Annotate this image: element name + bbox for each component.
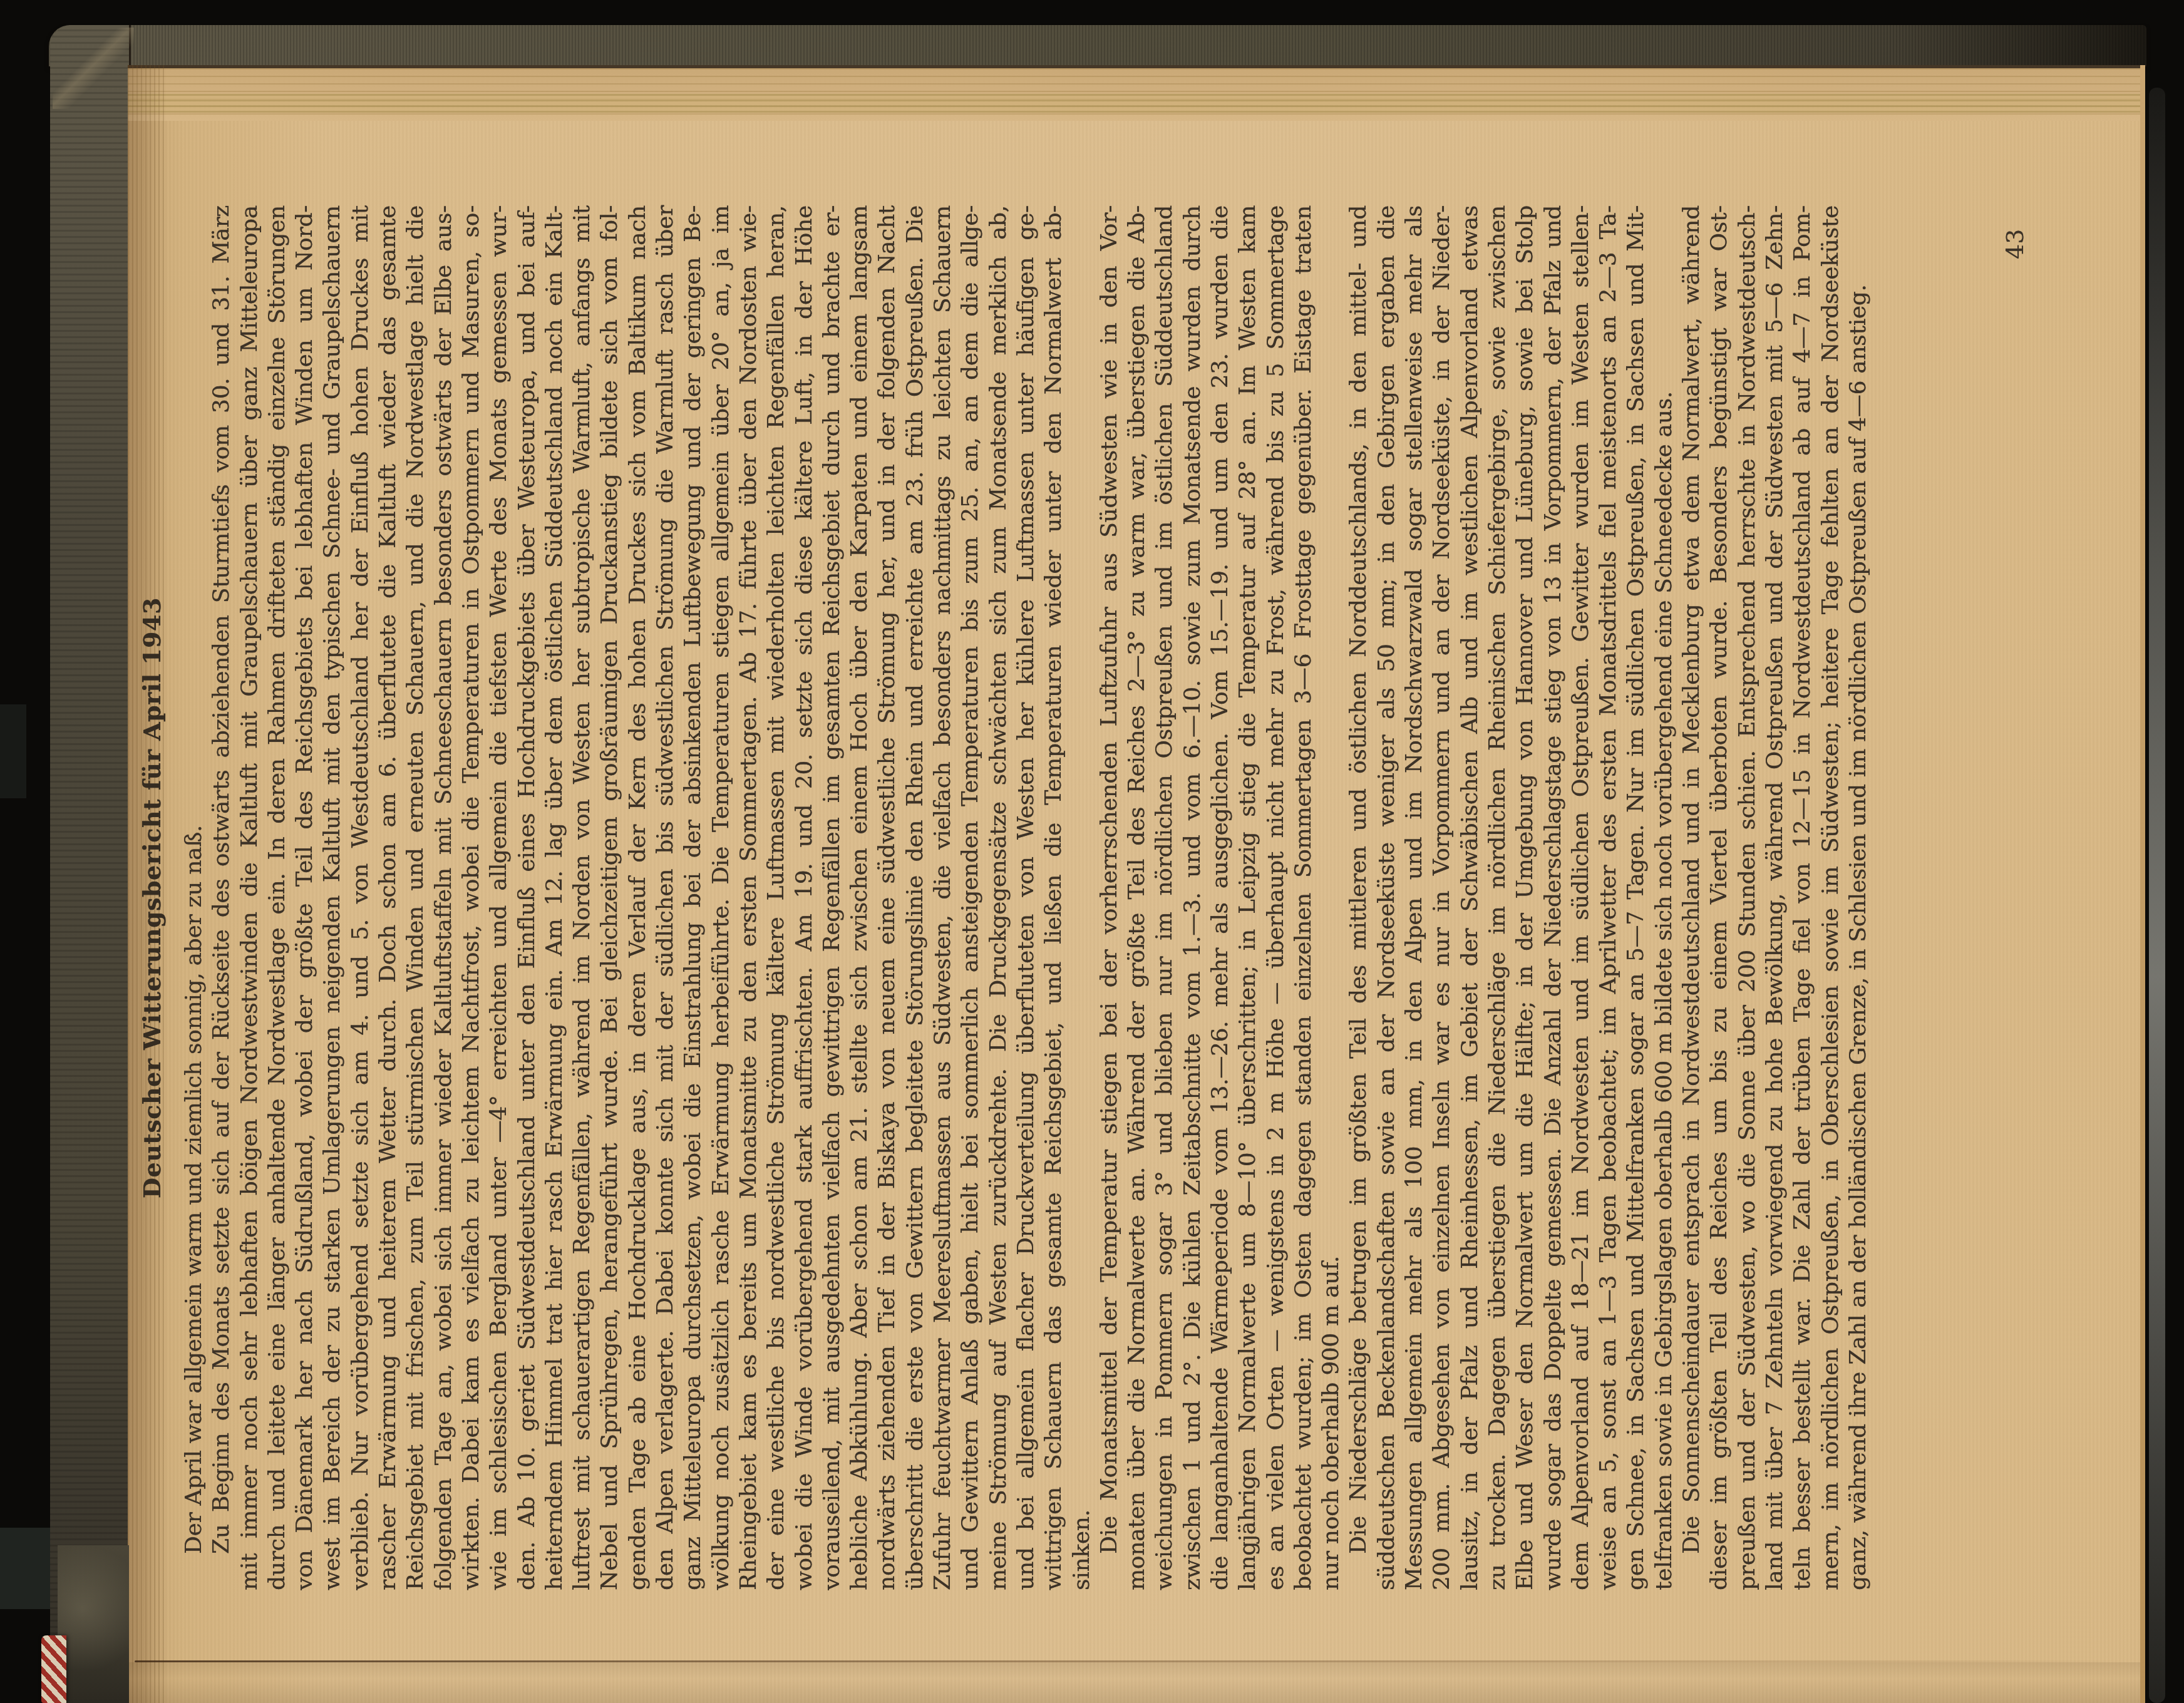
text-line: Die Niederschläge betrugen im größten Te… [1345,205,1373,1590]
text-line: süddeutschen Beckenlandschaften sowie an… [1373,205,1401,1590]
text-line: Elbe und Weser den Normalwert um die Häl… [1512,205,1539,1590]
text-line: wölkung noch zusätzlich rasche Erwärmung… [708,205,735,1590]
text-line: von Dänemark her nach Südrußland, wobei … [291,205,319,1590]
text-line: überschritt die erste von Gewittern begl… [902,205,929,1590]
text-line: wie im schlesischen Bergland unter —4° e… [485,205,513,1590]
text-line: folgenden Tage an, wobei sich immer wied… [430,205,458,1590]
paragraph: Der April war allgemein warm und ziemlic… [180,205,208,1590]
book-cover-bottom-corner [58,1545,129,1703]
text-line: Der April war allgemein warm und ziemlic… [180,205,208,1590]
scanned-book-photo: Deutscher Witterungsbericht für April 19… [0,0,2184,1703]
text-line: Die Monatsmittel der Temperatur stiegen … [1096,205,1123,1590]
document-text-block: Deutscher Witterungsbericht für April 19… [138,205,1872,1590]
text-line: dieser im größten Teil des Reiches um bi… [1706,205,1733,1590]
paragraph: Die Niederschläge betrugen im größten Te… [1345,205,1678,1590]
text-line: luftrest mit schauerartigen Regenfällen,… [569,205,596,1590]
text-line: und Gewittern Anlaß gaben, hielt bei som… [957,205,984,1590]
text-line: vorauseilend, mit ausgedehnten vielfach … [818,205,846,1590]
text-line: der eine westliche bis nordwestliche Str… [763,205,790,1590]
text-line: genden Tage ab eine Hochdrucklage aus, i… [624,205,652,1590]
text-line: Zu Beginn des Monats setzte sich auf der… [208,205,235,1590]
text-line: hebliche Abkühlung. Aber schon am 21. st… [846,205,873,1590]
text-line: beobachtet wurden; im Osten dagegen stan… [1290,205,1317,1590]
text-line: Die Sonnenscheindauer entsprach in Nordw… [1678,205,1706,1590]
text-line: nur noch oberhalb 900 m auf. [1317,205,1345,1590]
text-line: zwischen 1 und 2°. Die kühlen Zeitabschn… [1179,205,1207,1590]
text-line: Messungen allgemein mehr als 100 mm, in … [1401,205,1428,1590]
text-line: den. Ab 10. geriet Südwestdeutschland un… [513,205,541,1590]
paragraph: Die Monatsmittel der Temperatur stiegen … [1096,205,1346,1590]
cover-edge-highlight [2149,88,2165,1703]
text-line: nordwärts ziehenden Tief in der Biskaya … [873,205,901,1590]
text-line: lausitz, in der Pfalz und Rheinhessen, i… [1456,205,1484,1590]
text-line: mit immer noch sehr lebhaften böigen Nor… [236,205,264,1590]
text-line: teln besser bestellt war. Die Zahl der t… [1789,205,1816,1590]
document-title: Deutscher Witterungsbericht für April 19… [138,205,167,1590]
text-line: weise an 5, sonst an 1—3 Tagen beobachte… [1595,205,1622,1590]
text-line: rascher Erwärmung und heiterem Wetter du… [374,205,402,1590]
text-line: den Alpen verlagerte. Dabei konnte sich … [652,205,679,1590]
text-line: mern, im nördlichen Ostpreußen, in Obers… [1817,205,1845,1590]
text-line: weichungen in Pommern sogar 3° und blieb… [1151,205,1178,1590]
text-line: wurde sogar das Doppelte gemessen. Die A… [1540,205,1567,1590]
text-line: land mit über 7 Zehnteln vorwiegend zu h… [1761,205,1789,1590]
text-line: Reichsgebiet mit frischen, zum Teil stür… [402,205,430,1590]
text-line: wittrigen Schauern das gesamte Reichsgeb… [1040,205,1068,1590]
background-shadow-patch [0,704,26,798]
text-line: sinken. [1068,205,1096,1590]
text-line: Nebel und Sprühregen, herangeführt wurde… [596,205,624,1590]
paragraph: Zu Beginn des Monats setzte sich auf der… [208,205,1096,1590]
text-line: west im Bereich der zu starken Umlagerun… [319,205,346,1590]
book-cover-top-edge [49,25,2146,66]
text-line: dem Alpenvorland auf 18—21 im Nordwesten… [1567,205,1595,1590]
rotated-page-content: Deutscher Witterungsbericht für April 19… [119,63,2140,1703]
paragraph: Die Sonnenscheindauer entsprach in Nordw… [1678,205,1872,1590]
text-line: verblieb. Nur vorübergehend setzte sich … [347,205,374,1590]
text-line: durch und leitete eine länger anhaltende… [264,205,291,1590]
text-line: es an vielen Orten — wenigstens in 2 m H… [1262,205,1290,1590]
text-line: preußen und der Südwesten, wo die Sonne … [1734,205,1761,1590]
text-line: ganz, während ihre Zahl an der holländis… [1845,205,1872,1590]
text-line: wobei die Winde vorübergehend stark auff… [791,205,818,1590]
text-line: telfranken sowie in Gebirgslagen oberhal… [1651,205,1678,1590]
text-line: Rheingebiet kam es bereits um Monatsmitt… [735,205,763,1590]
page-number: 43 [2001,229,2029,259]
text-line: gen Schnee, in Sachsen und Mittelfranken… [1622,205,1650,1590]
text-line: die langanhaltende Wärmeperiode vom 13.—… [1207,205,1234,1590]
text-line: 200 mm. Abgesehen von einzelnen Inseln w… [1428,205,1456,1590]
page-fore-edge [2140,65,2145,1703]
text-line: meine Strömung auf Westen zurückdrehte. … [985,205,1012,1590]
text-line: ganz Mitteleuropa durchsetzen, wobei die… [679,205,707,1590]
text-line: heiterndem Himmel trat hier rasch Erwärm… [541,205,569,1590]
red-white-endband [41,1635,66,1703]
text-line: monaten über die Normalwerte an. Während… [1123,205,1151,1590]
text-line: zu trocken. Dagegen überstiegen die Nied… [1484,205,1512,1590]
text-line: langjährigen Normalwerte um 8—10° übersc… [1234,205,1262,1590]
text-line: Zufuhr feuchtwarmer Meeresluftmassen aus… [929,205,957,1590]
text-line: und bei allgemein flacher Druckverteilun… [1012,205,1040,1590]
text-line: wirkten. Dabei kam es vielfach zu leicht… [458,205,485,1590]
